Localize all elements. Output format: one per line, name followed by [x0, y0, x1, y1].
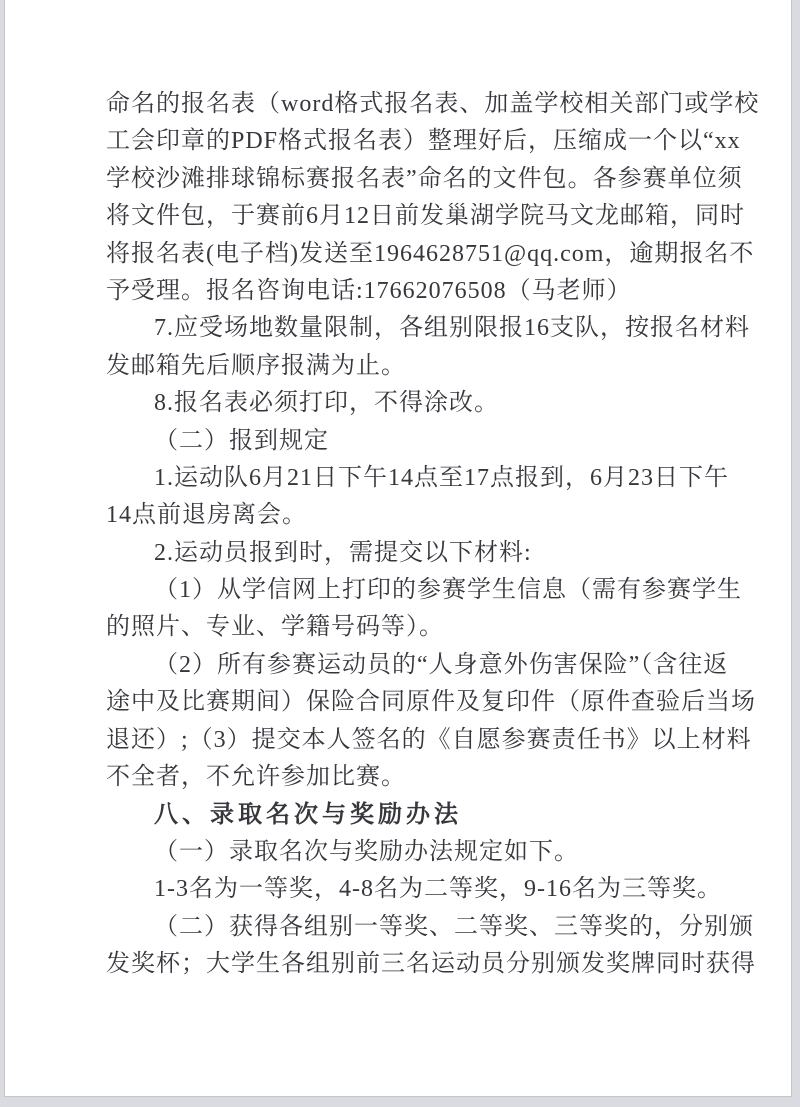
text-line: 1.运动队6月21日下午14点至17点报到，6月23日下午	[106, 460, 698, 497]
text-line: （二）获得各组别一等奖、二等奖、三等奖的，分别颁	[106, 909, 698, 946]
text-line: 不全者，不允许参加比赛。	[106, 759, 698, 796]
text-line: 发奖杯；大学生各组别前三名运动员分别颁发奖牌同时获得	[106, 946, 698, 983]
document-viewer-background: 命名的报名表（word格式报名表、加盖学校相关部门或学校工会印章的PDF格式报名…	[0, 0, 800, 1107]
text-line: 将报名表(电子档)发送至1964628751@qq.com，逾期报名不	[106, 236, 698, 273]
text-line: （2）所有参赛运动员的“人身意外伤害保险”（含往返	[106, 647, 698, 684]
text-line: （一）录取名次与奖励办法规定如下。	[106, 834, 698, 871]
text-line: 1-3名为一等奖，4-8名为二等奖，9-16名为三等奖。	[106, 871, 698, 908]
text-line: 14点前退房离会。	[106, 497, 698, 534]
text-line: 途中及比赛期间）保险合同原件及复印件（原件查验后当场	[106, 684, 698, 721]
section-heading: 八、录取名次与奖励办法	[106, 796, 698, 833]
document-text: 命名的报名表（word格式报名表、加盖学校相关部门或学校工会印章的PDF格式报名…	[106, 86, 698, 983]
document-page: 命名的报名表（word格式报名表、加盖学校相关部门或学校工会印章的PDF格式报名…	[4, 0, 792, 1097]
text-line: 将文件包，于赛前6月12日前发巢湖学院马文龙邮箱，同时	[106, 198, 698, 235]
text-line: 予受理。报名咨询电话:17662076508（马老师）	[106, 273, 698, 310]
text-line: 7.应受场地数量限制，各组别限报16支队，按报名材料	[106, 310, 698, 347]
text-line: （1）从学信网上打印的参赛学生信息（需有参赛学生	[106, 572, 698, 609]
text-line: 退还）;（3）提交本人签名的《自愿参赛责任书》以上材料	[106, 722, 698, 759]
text-line: 发邮箱先后顺序报满为止。	[106, 348, 698, 385]
text-line: 的照片、专业、学籍号码等）。	[106, 609, 698, 646]
text-line: 8.报名表必须打印，不得涂改。	[106, 385, 698, 422]
text-line: 命名的报名表（word格式报名表、加盖学校相关部门或学校	[106, 86, 698, 123]
text-line: （二）报到规定	[106, 423, 698, 460]
text-line: 学校沙滩排球锦标赛报名表”命名的文件包。各参赛单位须	[106, 161, 698, 198]
text-line: 2.运动员报到时，需提交以下材料:	[106, 535, 698, 572]
text-line: 工会印章的PDF格式报名表）整理好后，压缩成一个以“xx	[106, 123, 698, 160]
